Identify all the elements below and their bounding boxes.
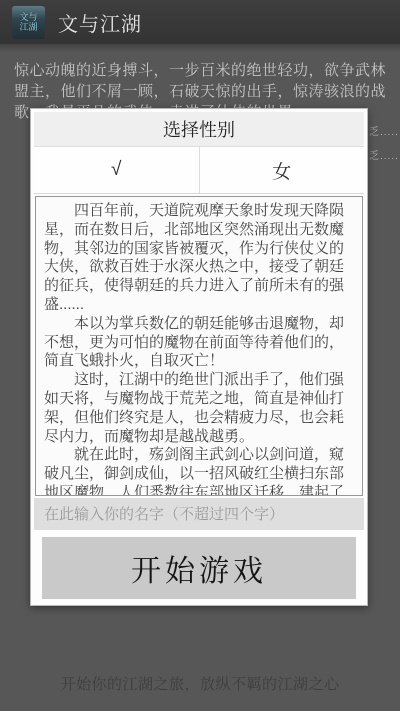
- story-paragraph: 四百年前，天道院观摩天象时发现天降陨星，而在数日后，北部地区突然涌现出无数魔物，…: [44, 202, 354, 315]
- app-title: 文与江湖: [58, 8, 142, 37]
- story-paragraph: 这时，江湖中的绝世门派出手了，他们强如天将，与魔物战于荒芜之地，简直是神仙打架，…: [44, 371, 354, 446]
- story-paragraph: 就在此时，殇剑阁主武剑心以剑问道，窥破凡尘，御剑成仙，以一招风破红尘横扫东部地区…: [44, 446, 354, 496]
- gender-option-female[interactable]: 女: [200, 147, 365, 193]
- background-list-fragments: 乏...... 乏......: [369, 126, 399, 174]
- character-setup-dialog: 选择性别 √ 女 四百年前，天道院观摩天象时发现天降陨星，而在数日后，北部地区突…: [30, 108, 368, 606]
- background-list-fragment: 乏......: [369, 150, 399, 163]
- gender-option-male-selected[interactable]: √: [34, 147, 200, 193]
- story-paragraph: 本以为掌兵数亿的朝廷能够击退魔物，却不想，更为可怕的魔物在前面等待着他们的，简直…: [44, 315, 354, 371]
- background-list-fragment: 乏......: [369, 126, 399, 139]
- app-screen: 文与 江湖 文与江湖 惊心动魄的近身搏斗，一步百米的绝世轻功，欲争武林盟主，他们…: [0, 0, 400, 711]
- name-input[interactable]: [34, 498, 364, 530]
- start-game-button[interactable]: 开始游戏: [42, 537, 356, 599]
- background-slogan-text: 开始你的江湖之旅，放纵不羁的江湖之心: [0, 673, 400, 694]
- titlebar: 文与 江湖 文与江湖: [0, 0, 400, 44]
- gender-option-row: √ 女: [34, 147, 364, 194]
- dialog-title: 选择性别: [34, 112, 364, 147]
- story-text-area[interactable]: 四百年前，天道院观摩天象时发现天降陨星，而在数日后，北部地区突然涌现出无数魔物，…: [35, 196, 363, 496]
- app-logo-icon: 文与 江湖: [12, 6, 45, 39]
